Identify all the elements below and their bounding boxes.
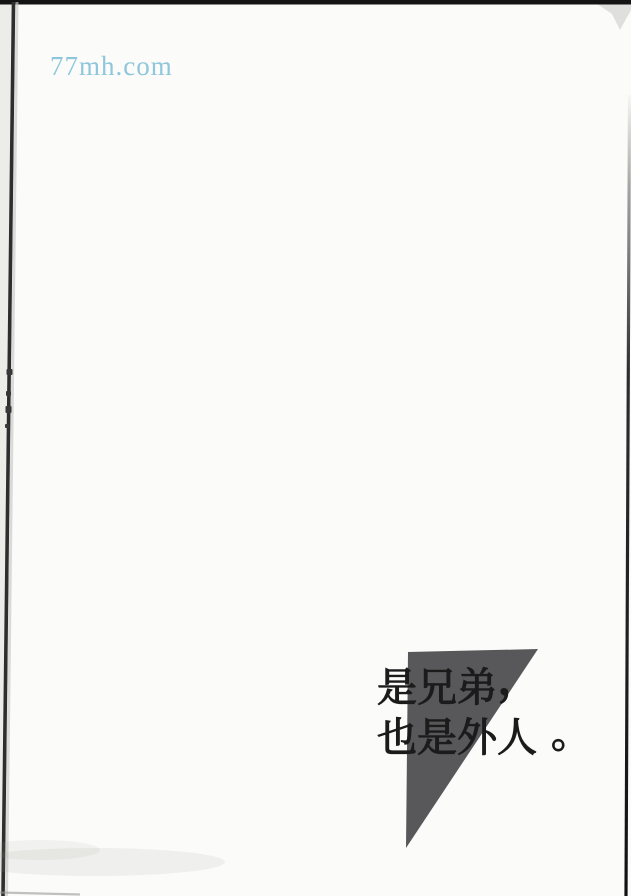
- caption-line-2: 也是外人。: [377, 718, 577, 758]
- top-scan-border: [0, 0, 631, 5]
- watermark-text: 77mh.com: [50, 50, 173, 82]
- left-gutter-shading: [0, 0, 12, 896]
- binding-marks: [5, 369, 13, 428]
- page-curl: [598, 5, 631, 31]
- caption-block: 是兄弟， 也是外人。: [377, 668, 577, 758]
- scanned-manga-page: 77mh.com 是兄弟， 也是外人。: [0, 0, 631, 896]
- right-page-edge: [626, 95, 630, 896]
- scan-frame-graphics: [0, 0, 631, 896]
- caption-line-2-text: 也是外人: [377, 716, 537, 760]
- caption-line-2-fullstop: 。: [551, 714, 591, 754]
- caption-line-1-comma: ，: [497, 656, 543, 702]
- caption-line-1-text: 是兄弟: [377, 666, 497, 710]
- caption-line-1: 是兄弟，: [377, 668, 577, 708]
- left-edge-shadow: [7, 2, 18, 896]
- scan-smudge: [0, 840, 225, 895]
- left-page-edge: [3, 2, 14, 896]
